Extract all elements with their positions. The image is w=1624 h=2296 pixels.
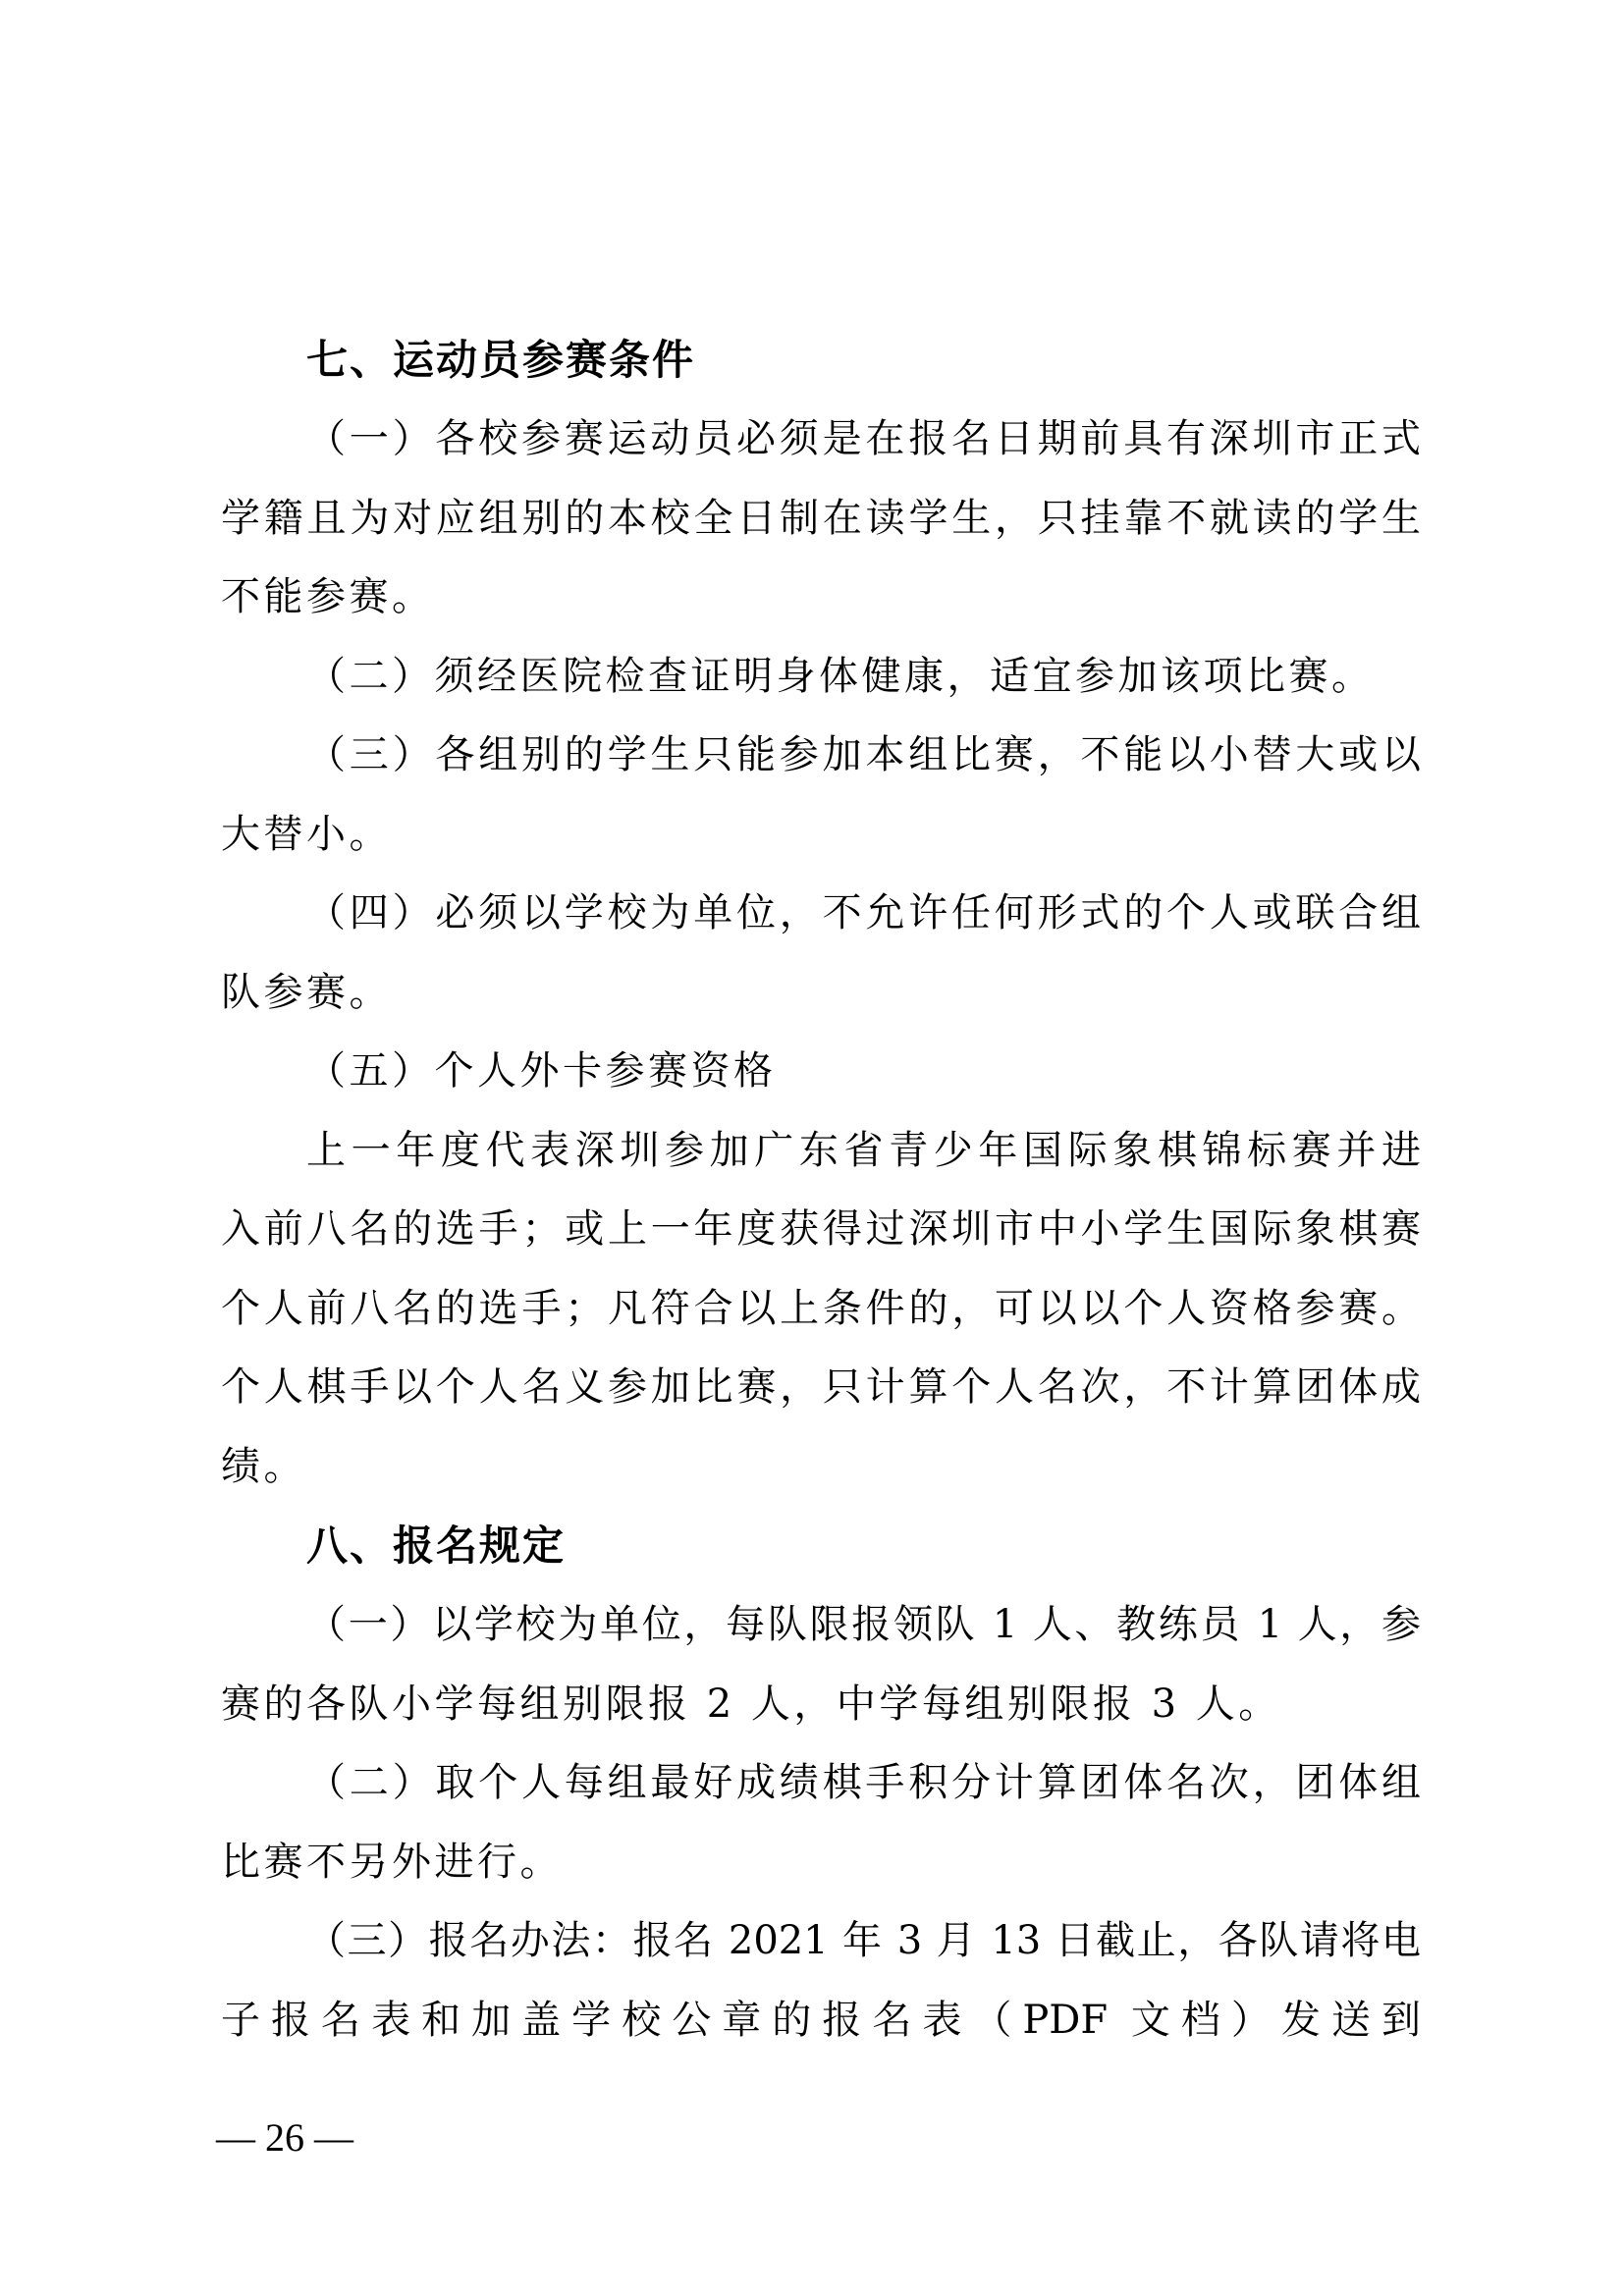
paragraph-line: 个人前八名的选手；凡符合以上条件的，可以以个人资格参赛。 (221, 1269, 1421, 1348)
paragraph-line: 学籍且为对应组别的本校全日制在读学生，只挂靠不就读的学生 (221, 479, 1421, 558)
paragraph-line: 赛的各队小学每组别限报 2 人，中学每组别限报 3 人。 (221, 1665, 1281, 1743)
paragraph-line: （三）各组别的学生只能参加本组比赛，不能以小替大或以 (306, 716, 1421, 794)
paragraph-line: 不能参赛。 (221, 558, 435, 636)
paragraph-line: 子报名表和加盖学校公章的报名表（PDF 文档）发送到 (221, 1981, 1421, 2059)
paragraph-line: 个人棋手以个人名义参加比赛，只计算个人名次，不计算团体成 (221, 1348, 1421, 1426)
paragraph-line: （一）以学校为单位，每队限报领队 1 人、教练员 1 人，参 (306, 1585, 1421, 1664)
paragraph-line: 入前八名的选手；或上一年度获得过深圳市中小学生国际象棋赛 (221, 1190, 1421, 1268)
paragraph-line: （二）须经医院检查证明身体健康，适宜参加该项比赛。 (306, 637, 1375, 716)
section-heading-8: 八、报名规定 (306, 1507, 566, 1585)
paragraph-line: 比赛不另外进行。 (221, 1823, 563, 1901)
paragraph-line: 大替小。 (221, 795, 392, 874)
paragraph-line: 上一年度代表深圳参加广东省青少年国际象棋锦标赛并进 (306, 1111, 1421, 1190)
paragraph-line: 绩。 (221, 1427, 306, 1506)
paragraph-line: （五）个人外卡参赛资格 (306, 1032, 777, 1110)
paragraph-line: （四）必须以学校为单位，不允许任何形式的个人或联合组 (306, 874, 1421, 952)
paragraph-line: 队参赛。 (221, 953, 392, 1032)
paragraph-line: （二）取个人每组最好成绩棋手积分计算团体名次，团体组 (306, 1743, 1421, 1822)
page-number: — 26 — (216, 2112, 353, 2163)
paragraph-line: （一）各校参赛运动员必须是在报名日期前具有深圳市正式 (306, 400, 1421, 478)
section-heading-7: 七、运动员参赛条件 (306, 321, 695, 400)
document-page: 七、运动员参赛条件 （一）各校参赛运动员必须是在报名日期前具有深圳市正式 学籍且… (0, 0, 1624, 2296)
paragraph-line: （三）报名办法：报名 2021 年 3 月 13 日截止，各队请将电 (306, 1901, 1421, 1980)
